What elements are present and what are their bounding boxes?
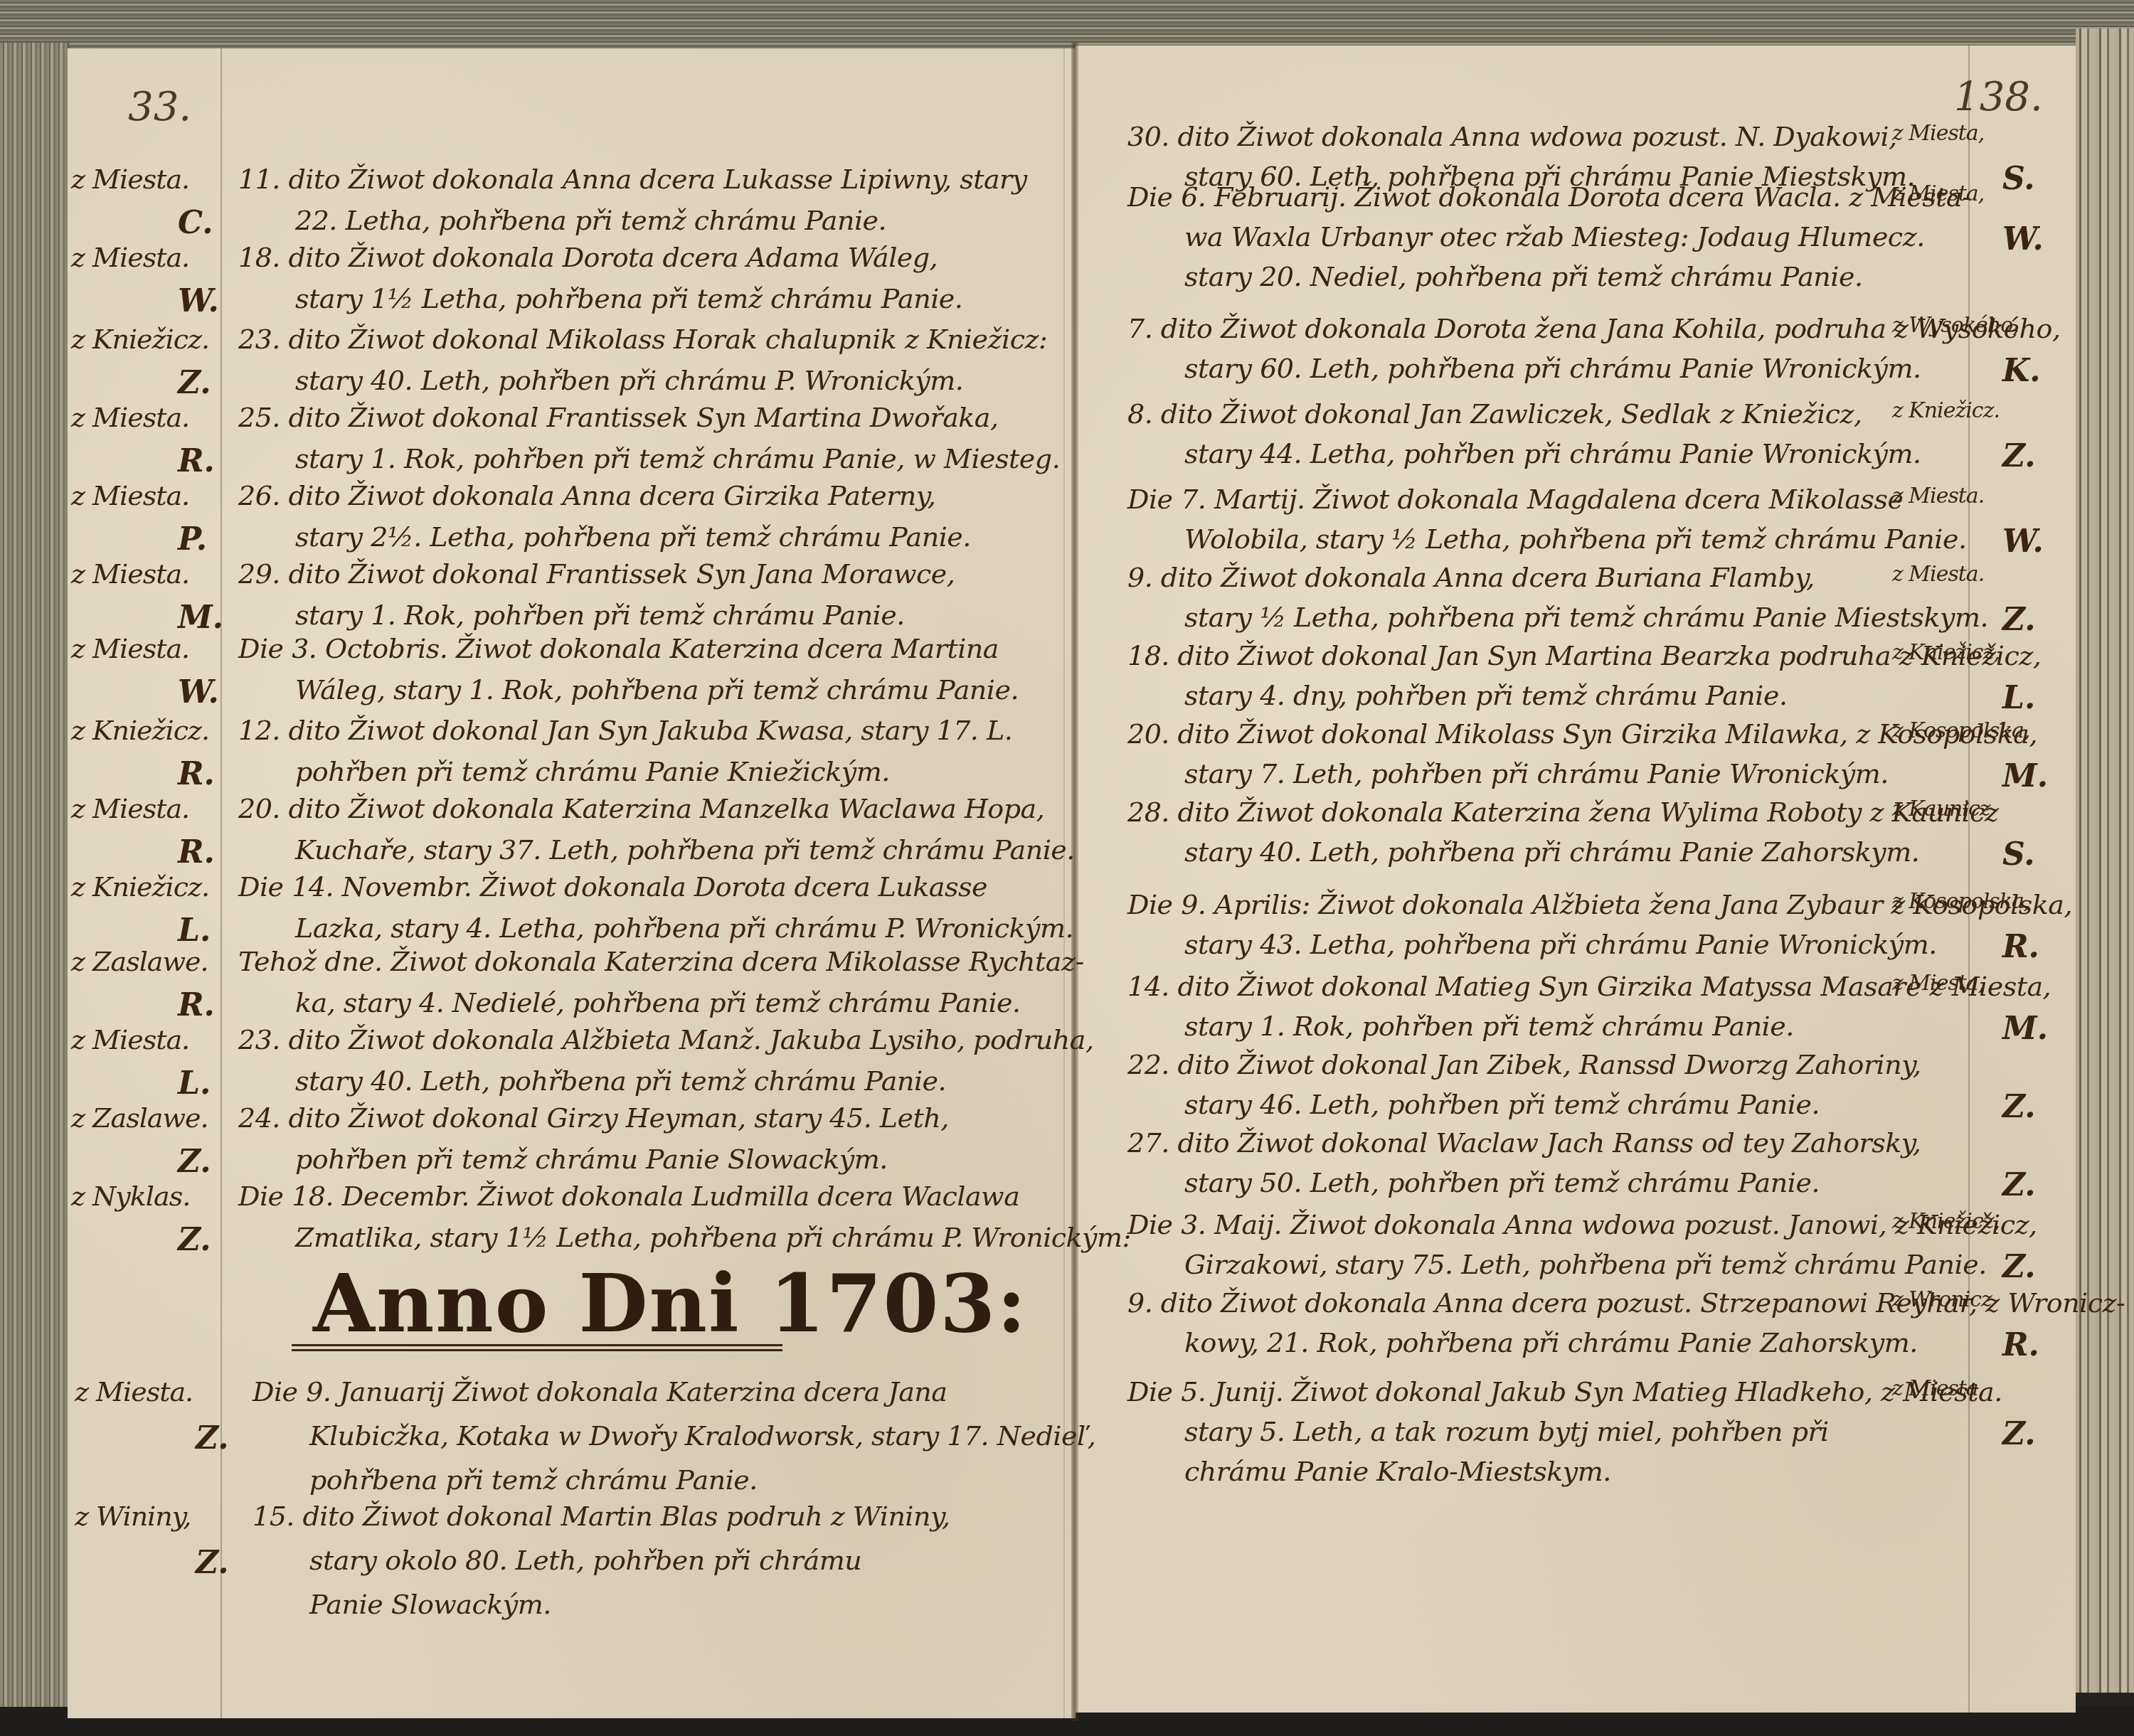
entry-line: wa Waxla Urbanyr otec ržab Miesteg: Joda… bbox=[1184, 221, 1925, 252]
entry-line: Die 9. Aprilis: Žiwot dokonala Alžbieta … bbox=[1127, 889, 2072, 920]
entry-line: chrámu Panie Kralo-Miestskym. bbox=[1184, 1456, 1611, 1487]
entry-line: stary 40. Leth, pohřbena při temž chrámu… bbox=[295, 1065, 946, 1097]
entry-line: stary 2½. Letha, pohřbena při temž chrám… bbox=[295, 521, 971, 553]
year-heading: Anno Dni 1703: bbox=[313, 1257, 1028, 1351]
margin-place: z Wininy, bbox=[75, 1501, 191, 1532]
entry-line: Lazka, stary 4. Letha, pohřbena při chrá… bbox=[295, 912, 1073, 944]
entry-line: 22. Letha, pohřbena při temž chrámu Pani… bbox=[295, 205, 886, 236]
right-page-edges bbox=[2076, 28, 2134, 1693]
margin-place: z Kniežicz. bbox=[71, 871, 209, 902]
margin-letter: W. bbox=[178, 674, 219, 710]
entry-line: 9. dito Žiwot dokonala Anna dcera pozust… bbox=[1127, 1287, 2125, 1319]
entry-line: stary 43. Letha, pohřbena při chrámu Pan… bbox=[1184, 929, 1937, 960]
margin-letter: S. bbox=[2002, 836, 2035, 873]
entry-line: stary 4. dny, pohřben při temž chrámu Pa… bbox=[1184, 680, 1788, 711]
entry-line: stary 50. Leth, pohřben při temž chrámu … bbox=[1184, 1167, 1820, 1198]
margin-letter: M. bbox=[2002, 758, 2048, 794]
margin-letter: Z. bbox=[178, 1222, 211, 1258]
entry-line: Zmatlika, stary 1½ Letha, pohřbena při c… bbox=[295, 1222, 1131, 1253]
entry-line: pohřben při temž chrámu Panie Slowackým. bbox=[295, 1144, 888, 1175]
margin-place: z Kniežicz. bbox=[71, 324, 209, 355]
page-number: 33. bbox=[128, 84, 191, 130]
entry-line: stary 1. Rok, pohřben při temž chrámu Pa… bbox=[295, 443, 1060, 474]
margin-place: z Miesta. bbox=[1892, 484, 1984, 508]
year-heading-underline bbox=[292, 1344, 782, 1346]
entry-line: 8. dito Žiwot dokonal Jan Zawliczek, Sed… bbox=[1127, 398, 1862, 430]
right-margin-rule bbox=[1063, 48, 1065, 1718]
entry-line: Kuchaře, stary 37. Leth, pohřbena při te… bbox=[295, 834, 1075, 866]
entry-line: 7. dito Žiwot dokonala Dorota žena Jana … bbox=[1127, 313, 2061, 344]
entry-line: 28. dito Žiwot dokonala Katerzina žena W… bbox=[1127, 797, 1999, 828]
entry-line: 25. dito Žiwot dokonal Frantissek Syn Ma… bbox=[238, 402, 999, 433]
margin-place: z Kniežicz. bbox=[71, 715, 209, 746]
margin-letter: Z. bbox=[2002, 1416, 2036, 1452]
margin-place: z Kniežicz. bbox=[1892, 398, 2000, 423]
entry-line: 29. dito Žiwot dokonal Frantissek Syn Ja… bbox=[238, 558, 955, 590]
margin-letter: K. bbox=[2002, 353, 2041, 389]
entry-line: kowy, 21. Rok, pohřbena při chrámu Panie… bbox=[1184, 1327, 1918, 1358]
margin-place: z Miesta. bbox=[71, 633, 189, 664]
entry-line: stary 20. Nediel, pohřbena při temž chrá… bbox=[1184, 261, 1863, 292]
entry-line: 27. dito Žiwot dokonal Waclaw Jach Ranss… bbox=[1127, 1127, 1921, 1159]
entry-line: 23. dito Žiwot dokonal Mikolass Horak ch… bbox=[238, 324, 1047, 355]
entry-line: stary 1. Rok, pohřben při temž chrámu Pa… bbox=[295, 600, 905, 631]
margin-letter: S. bbox=[2002, 161, 2035, 197]
margin-place: z Miesta. bbox=[71, 402, 189, 433]
margin-place: z Miesta. bbox=[75, 1376, 193, 1407]
entry-line: stary okolo 80. Leth, pohřben při chrámu bbox=[309, 1545, 861, 1576]
margin-letter: R. bbox=[2002, 1327, 2039, 1363]
margin-rule bbox=[221, 48, 222, 1718]
margin-place: z Nyklas. bbox=[71, 1181, 190, 1212]
entry-line: 11. dito Žiwot dokonala Anna dcera Lukas… bbox=[238, 164, 1027, 195]
margin-letter: P. bbox=[178, 521, 207, 558]
margin-letter: Z. bbox=[2002, 438, 2036, 474]
margin-place: z Miesta. bbox=[71, 1024, 189, 1055]
margin-letter: L. bbox=[178, 912, 211, 949]
entry-line: ka, stary 4. Nedielé, pohřbena při temž … bbox=[295, 987, 1021, 1018]
entry-line: stary 5. Leth, a tak rozum bytj miel, po… bbox=[1184, 1416, 1829, 1447]
margin-letter: Z. bbox=[2002, 1167, 2036, 1203]
margin-letter: R. bbox=[178, 443, 215, 479]
entry-line: stary 44. Letha, pohřben při chrámu Pani… bbox=[1184, 438, 1921, 469]
margin-rule bbox=[1968, 46, 1970, 1713]
entry-line: 30. dito Žiwot dokonala Anna wdowa pozus… bbox=[1127, 121, 1897, 152]
entry-line: 26. dito Žiwot dokonala Anna dcera Girzi… bbox=[238, 480, 935, 511]
margin-place: z Miesta. bbox=[71, 164, 189, 195]
entry-line: Die 7. Martij. Žiwot dokonala Magdalena … bbox=[1127, 484, 1904, 515]
entry-line: 18. dito Žiwot dokonal Jan Syn Martina B… bbox=[1127, 640, 2041, 671]
entry-line: Die 18. Decembr. Žiwot dokonala Ludmilla… bbox=[238, 1181, 1019, 1212]
margin-letter: Z. bbox=[2002, 602, 2036, 638]
entry-line: 18. dito Žiwot dokonala Dorota dcera Ada… bbox=[238, 242, 938, 273]
entry-line: Wolobila, stary ½ Letha, pohřbena při te… bbox=[1184, 523, 1967, 555]
margin-place: z Miesta, bbox=[1892, 121, 1984, 146]
margin-letter: Z. bbox=[178, 365, 211, 401]
margin-letter: R. bbox=[2002, 929, 2039, 965]
margin-letter: R. bbox=[178, 756, 215, 792]
entry-line: Die 3. Maij. Žiwot dokonala Anna wdowa p… bbox=[1127, 1209, 2037, 1240]
margin-letter: R. bbox=[178, 834, 215, 870]
entry-line: stary ½ Letha, pohřbena při temž chrámu … bbox=[1184, 602, 1988, 633]
entry-line: Tehož dne. Žiwot dokonala Katerzina dcer… bbox=[238, 946, 1084, 977]
entry-line: stary 1. Rok, pohřben při temž chrámu Pa… bbox=[1184, 1011, 1794, 1042]
margin-letter: R. bbox=[178, 987, 215, 1023]
margin-place: z Zaslawe. bbox=[71, 946, 208, 977]
margin-place: z Miesta. bbox=[71, 793, 189, 824]
margin-letter: Z. bbox=[196, 1420, 229, 1457]
margin-letter: Z. bbox=[196, 1545, 229, 1581]
page-number: 138. bbox=[1954, 74, 2043, 120]
book-gutter bbox=[1071, 43, 1078, 1721]
entry-line: Girzakowi, stary 75. Leth, pohřbena při … bbox=[1184, 1249, 1987, 1280]
entry-line: stary 7. Leth, pohřben při chrámu Panie … bbox=[1184, 758, 1889, 789]
entry-line: 12. dito Žiwot dokonal Jan Syn Jakuba Kw… bbox=[238, 715, 1012, 746]
margin-letter: Z. bbox=[2002, 1249, 2036, 1285]
entry-line: Die 9. Januarij Žiwot dokonala Katerzina… bbox=[253, 1376, 947, 1407]
entry-line: pohřben při temž chrámu Panie Kniežickým… bbox=[295, 756, 890, 787]
entry-line: 23. dito Žiwot dokonala Alžbieta Manž. J… bbox=[238, 1024, 1093, 1055]
margin-place: z Zaslawe. bbox=[71, 1102, 208, 1134]
margin-letter: L. bbox=[2002, 680, 2035, 716]
margin-letter: W. bbox=[2002, 221, 2044, 257]
margin-letter: M. bbox=[2002, 1011, 2048, 1047]
top-page-edges bbox=[0, 0, 2134, 51]
margin-letter: W. bbox=[2002, 523, 2044, 560]
entry-line: Die 3. Octobris. Žiwot dokonala Katerzin… bbox=[238, 633, 999, 664]
ledger-scan: 33. 138. z Miesta.C.11. dito Žiwot dokon… bbox=[0, 0, 2134, 1736]
entry-line: stary 46. Leth, pohřben při temž chrámu … bbox=[1184, 1089, 1820, 1120]
entry-line: 15. dito Žiwot dokonal Martin Blas podru… bbox=[253, 1501, 950, 1532]
entry-line: Die 5. Junij. Žiwot dokonal Jakub Syn Ma… bbox=[1127, 1376, 2002, 1407]
entry-line: stary 40. Leth, pohřbena při chrámu Pani… bbox=[1184, 836, 1919, 868]
margin-place: z Miesta. bbox=[71, 558, 189, 590]
margin-letter: M. bbox=[178, 600, 223, 636]
entry-line: 24. dito Žiwot dokonal Girzy Heyman, sta… bbox=[238, 1102, 949, 1134]
margin-letter: W. bbox=[178, 283, 219, 319]
entry-line: 14. dito Žiwot dokonal Matieg Syn Girzik… bbox=[1127, 971, 2051, 1002]
entry-line: pohřbena při temž chrámu Panie. bbox=[309, 1464, 758, 1496]
entry-line: 20. dito Žiwot dokonala Katerzina Manzel… bbox=[238, 793, 1044, 824]
entry-line: Wáleg, stary 1. Rok, pohřbena při temž c… bbox=[295, 674, 1019, 705]
entry-line: stary 1½ Letha, pohřbena při temž chrámu… bbox=[295, 283, 962, 314]
entry-line: Die 14. Novembr. Žiwot dokonala Dorota d… bbox=[238, 871, 987, 902]
entry-line: stary 40. Leth, pohřben při chrámu P. Wr… bbox=[295, 365, 963, 396]
margin-letter: Z. bbox=[178, 1144, 211, 1180]
entry-line: stary 60. Leth, pohřbena při chrámu Pani… bbox=[1184, 353, 1921, 384]
entry-line: Panie Slowackým. bbox=[309, 1589, 551, 1620]
entry-line: Die 6. Februarij. Žiwot dokonala Dorota … bbox=[1127, 181, 1971, 213]
margin-place: z Miesta. bbox=[71, 242, 189, 273]
left-page-edges bbox=[0, 43, 69, 1721]
margin-letter: C. bbox=[178, 205, 213, 241]
margin-place: z Miesta. bbox=[1892, 562, 1984, 587]
margin-letter: Z. bbox=[2002, 1089, 2036, 1125]
entry-line: 20. dito Žiwot dokonal Mikolass Syn Girz… bbox=[1127, 718, 2037, 750]
margin-place: z Miesta. bbox=[71, 480, 189, 511]
entry-line: 22. dito Žiwot dokonal Jan Zibek, Ranssd… bbox=[1127, 1049, 1921, 1080]
margin-letter: L. bbox=[178, 1065, 211, 1102]
entry-line: Klubicžka, Kotaka w Dwořy Kralodworsk, s… bbox=[309, 1420, 1095, 1452]
entry-line: 9. dito Žiwot dokonala Anna dcera Burian… bbox=[1127, 562, 1815, 593]
